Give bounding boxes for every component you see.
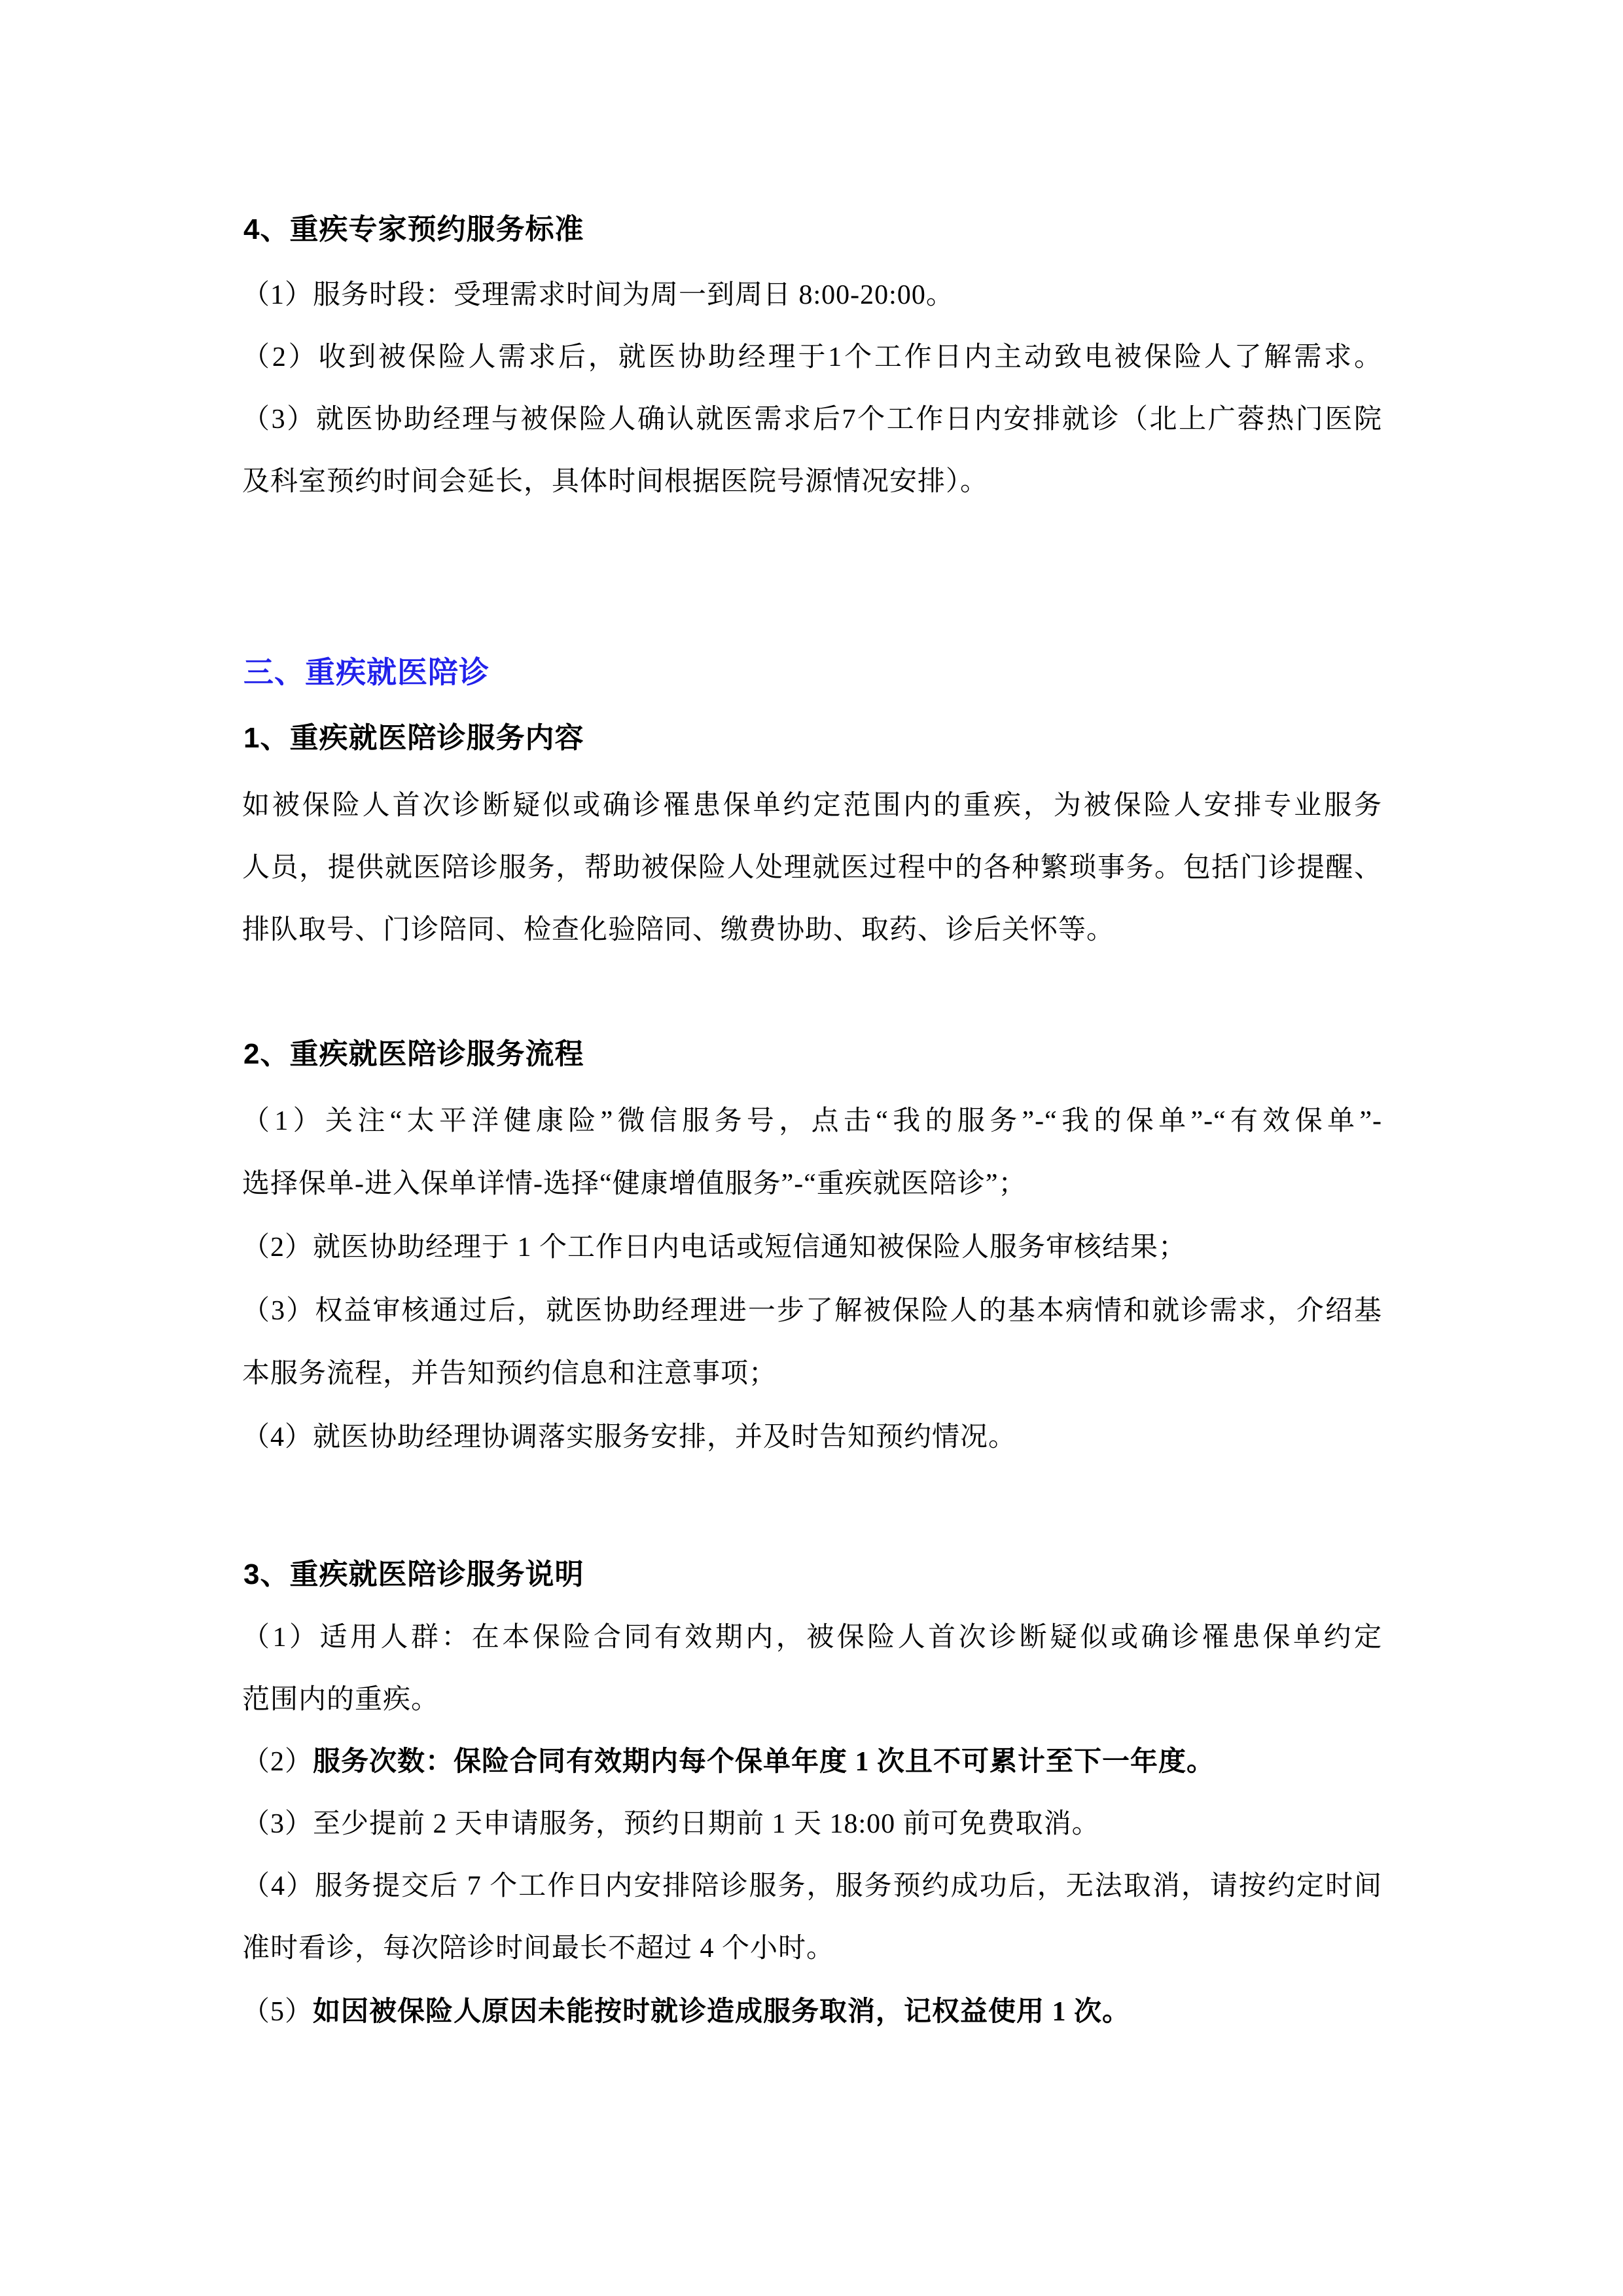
sub-2-heading: 2、重疾就医陪诊服务流程 bbox=[243, 1037, 584, 1072]
sub-3-item-2-bold-text: 服务次数：保险合同有效期内每个保单年度 1 次且不可累计至下一年度。 bbox=[313, 1747, 1215, 1777]
sub-2-item-3-continuation: 本服务流程，并告知预约信息和注意事项； bbox=[242, 1357, 777, 1391]
sub-1-heading: 1、重疾就医陪诊服务内容 bbox=[243, 721, 584, 756]
sub-3-item-5-bold-text: 如因被保险人原因未能按时就诊造成服务取消，记权益使用 1 次。 bbox=[313, 1997, 1130, 2027]
section-4-heading: 4、重疾专家预约服务标准 bbox=[243, 213, 584, 247]
sub-3-item-2: （2）服务次数：保险合同有效期内每个保单年度 1 次且不可累计至下一年度。 bbox=[242, 1745, 1215, 1780]
sub-3-item-2-number: （2） bbox=[242, 1747, 313, 1777]
chapter-3-heading: 三、重疾就医陪诊 bbox=[243, 655, 490, 691]
sub-2-item-2: （2）就医协助经理于 1 个工作日内电话或短信通知被保险人服务审核结果； bbox=[242, 1230, 1186, 1265]
section-4-item-3: （3）就医协助经理与被保险人确认就医需求后7个工作日内安排就诊（北上广蓉热门医院 bbox=[242, 403, 1382, 437]
section-4-item-3-continuation: 及科室预约时间会延长，具体时间根据医院号源情况安排）。 bbox=[242, 465, 988, 499]
sub-3-item-4: （4）服务提交后 7 个工作日内安排陪诊服务，服务预约成功后，无法取消，请按约定… bbox=[242, 1869, 1382, 1904]
sub-3-item-3: （3）至少提前 2 天申请服务，预约日期前 1 天 18:00 前可免费取消。 bbox=[242, 1807, 1100, 1842]
document-page: 4、重疾专家预约服务标准 （1）服务时段：受理需求时间为周一到周日 8:00-2… bbox=[0, 0, 1623, 2296]
sub-3-item-4-continuation: 准时看诊，每次陪诊时间最长不超过 4 个小时。 bbox=[242, 1931, 834, 1966]
sub-3-item-5: （5）如因被保险人原因未能按时就诊造成服务取消，记权益使用 1 次。 bbox=[242, 1995, 1130, 2030]
sub-2-item-1: （1）关注“太平洋健康险”微信服务号，点击“我的服务”-“我的保单”-“有效保单… bbox=[242, 1104, 1382, 1139]
sub-1-line-1: 如被保险人首次诊断疑似或确诊罹患保单约定范围内的重疾，为被保险人安排专业服务 bbox=[242, 789, 1382, 823]
sub-2-item-3: （3）权益审核通过后，就医协助经理进一步了解被保险人的基本病情和就诊需求，介绍基 bbox=[242, 1294, 1382, 1329]
sub-1-line-2: 人员，提供就医陪诊服务，帮助被保险人处理就医过程中的各种繁琐事务。包括门诊提醒、 bbox=[242, 851, 1382, 886]
sub-3-item-5-number: （5） bbox=[242, 1997, 313, 2027]
sub-2-item-4: （4）就医协助经理协调落实服务安排，并及时告知预约情况。 bbox=[242, 1420, 1016, 1455]
section-4-item-2: （2）收到被保险人需求后，就医协助经理于1个工作日内主动致电被保险人了解需求。 bbox=[242, 340, 1382, 375]
sub-3-item-1: （1）适用人群：在本保险合同有效期内，被保险人首次诊断疑似或确诊罹患保单约定 bbox=[242, 1621, 1382, 1655]
sub-1-line-3: 排队取号、门诊陪同、检查化验陪同、缴费协助、取药、诊后关怀等。 bbox=[242, 913, 1115, 948]
sub-3-heading: 3、重疾就医陪诊服务说明 bbox=[243, 1558, 584, 1592]
sub-3-item-1-continuation: 范围内的重疾。 bbox=[242, 1683, 439, 1717]
sub-2-item-1-continuation: 选择保单-进入保单详情-选择“健康增值服务”-“重疾就医陪诊”； bbox=[242, 1167, 1027, 1202]
section-4-item-1: （1）服务时段：受理需求时间为周一到周日 8:00-20:00。 bbox=[242, 278, 954, 313]
